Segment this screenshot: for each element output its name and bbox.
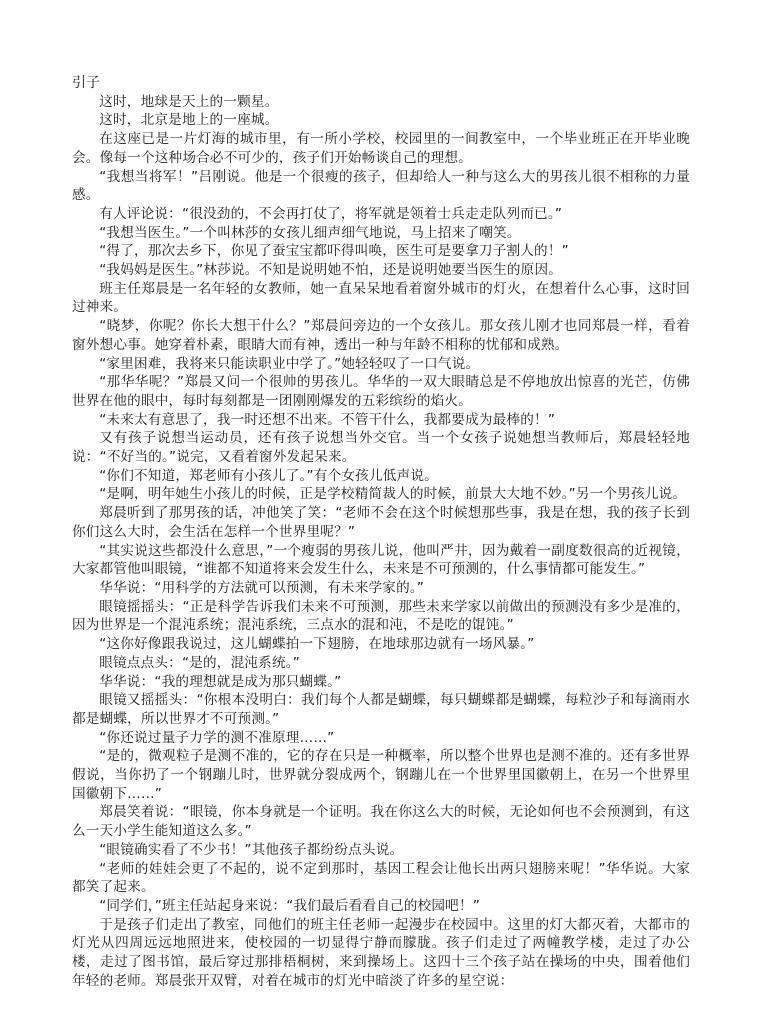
paragraph: “得了，那次去乡下，你见了蚕宝宝都吓得叫唤，医生可是要拿刀子割人的！”	[72, 242, 690, 261]
paragraph: “同学们，”班主任站起身来说：“我们最后看看自己的校园吧！”	[72, 897, 690, 916]
document-body: 这时，地球是天上的一颗星。这时，北京是地上的一座城。在这座已是一片灯海的城市里，…	[72, 93, 690, 991]
paragraph: 眼镜点点头：“是的，混沌系统。”	[72, 654, 690, 673]
paragraph: “晓梦，你呢？你长大想干什么？”郑晨问旁边的一个女孩儿。那女孩儿刚才也同郑晨一样…	[72, 317, 690, 354]
paragraph: “我想当医生。”一个叫林莎的女孩儿细声细气地说，马上招来了嘲笑。	[72, 224, 690, 243]
paragraph: 于是孩子们走出了教室，同他们的班主任老师一起漫步在校园中。这里的灯大都灭着，大都…	[72, 916, 690, 991]
paragraph: “那华华呢？”郑晨又问一个很帅的男孩儿。华华的一双大眼睛总是不停地放出惊喜的光芒…	[72, 373, 690, 410]
paragraph: 郑晨听到了那男孩的话，冲他笑了笑：“老师不会在这个时候想那些事，我是在想，我的孩…	[72, 504, 690, 541]
document-page: 引子 这时，地球是天上的一颗星。这时，北京是地上的一座城。在这座已是一片灯海的城…	[72, 74, 690, 990]
paragraph: 这时，地球是天上的一颗星。	[72, 93, 690, 112]
paragraph: “是啊，明年她生小孩儿的时候，正是学校精简裁人的时候，前景大大地不妙。”另一个男…	[72, 485, 690, 504]
paragraph: “眼镜确实看了不少书！”其他孩子都纷纷点头说。	[72, 841, 690, 860]
paragraph: “家里困难，我将来只能读职业中学了。”她轻轻叹了一口气说。	[72, 355, 690, 374]
paragraph: 在这座已是一片灯海的城市里，有一所小学校，校园里的一间教室中，一个毕业班正在开毕…	[72, 130, 690, 167]
paragraph: 眼镜又摇摇头：“你根本没明白：我们每个人都是蝴蝶，每只蝴蝶都是蝴蝶，每粒沙子和每…	[72, 691, 690, 728]
paragraph: “是的，微观粒子是测不准的，它的存在只是一种概率，所以整个世界也是测不准的。还有…	[72, 747, 690, 803]
paragraph: 有人评论说：“很没劲的，不会再打仗了，将军就是领着士兵走走队列而已。”	[72, 205, 690, 224]
paragraph: “我妈妈是医生。”林莎说。不知是说明她不怕，还是说明她要当医生的原因。	[72, 261, 690, 280]
paragraph: “你还说过量子力学的测不准原理……”	[72, 729, 690, 748]
paragraph: 这时，北京是地上的一座城。	[72, 111, 690, 130]
paragraph: “我想当将军！”吕刚说。他是一个很瘦的孩子，但却给人一种与这么大的男孩儿很不相称…	[72, 168, 690, 205]
paragraph: “这你好像跟我说过，这儿蝴蝶拍一下翅膀，在地球那边就有一场风暴。”	[72, 635, 690, 654]
section-heading: 引子	[72, 74, 690, 93]
paragraph: 又有孩子说想当运动员，还有孩子说想当外交官。当一个女孩子说她想当教师后，郑晨轻轻…	[72, 429, 690, 466]
paragraph: 华华说：“我的理想就是成为那只蝴蝶。”	[72, 673, 690, 692]
paragraph: “未来太有意思了，我一时还想不出来。不管干什么，我都要成为最棒的！”	[72, 411, 690, 430]
paragraph: 华华说：“用科学的方法就可以预测，有未来学家的。”	[72, 579, 690, 598]
paragraph: “你们不知道，郑老师有小孩儿了。”有个女孩儿低声说。	[72, 467, 690, 486]
paragraph: “其实说这些都没什么意思，”一个瘦弱的男孩儿说，他叫严井，因为戴着一副度数很高的…	[72, 542, 690, 579]
paragraph: “老师的娃娃会更了不起的，说不定到那时，基因工程会让他长出两只翅膀来呢！”华华说…	[72, 860, 690, 897]
paragraph: 班主任郑晨是一名年轻的女教师，她一直呆呆地看着窗外城市的灯火，在想着什么心事，这…	[72, 280, 690, 317]
paragraph: 郑晨笑着说：“眼镜，你本身就是一个证明。我在你这么大的时候，无论如何也不会预测到…	[72, 803, 690, 840]
paragraph: 眼镜摇摇头：“正是科学告诉我们未来不可预测，那些未来学家以前做出的预测没有多少是…	[72, 598, 690, 635]
